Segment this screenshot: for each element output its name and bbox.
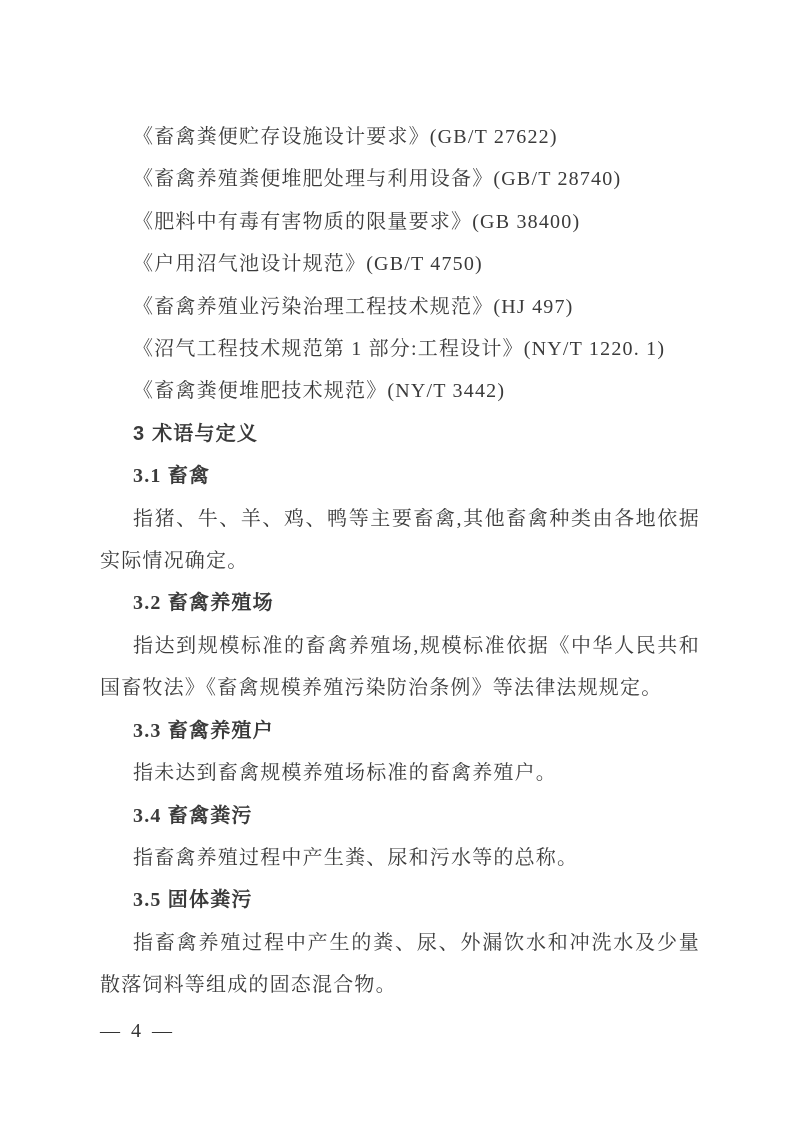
reference-line-2: 《畜禽养殖粪便堆肥处理与利用设备》(GB/T 28740) (100, 158, 700, 200)
term-definition-3-2: 指达到规模标准的畜禽养殖场,规模标准依据《中华人民共和国畜牧法》《畜禽规模养殖污… (100, 625, 700, 710)
reference-line-5: 《畜禽养殖业污染治理工程技术规范》(HJ 497) (100, 286, 700, 328)
term-definition-3-5: 指畜禽养殖过程中产生的粪、尿、外漏饮水和冲洗水及少量散落饲料等组成的固态混合物。 (100, 922, 700, 1007)
term-heading-3-5: 3.5 固体粪污 (100, 879, 700, 921)
document-page: 《畜禽粪便贮存设施设计要求》(GB/T 27622) 《畜禽养殖粪便堆肥处理与利… (0, 0, 800, 1128)
term-heading-3-3: 3.3 畜禽养殖户 (100, 710, 700, 752)
reference-line-3: 《肥料中有毒有害物质的限量要求》(GB 38400) (100, 201, 700, 243)
reference-line-4: 《户用沼气池设计规范》(GB/T 4750) (100, 243, 700, 285)
term-definition-3-1: 指猪、牛、羊、鸡、鸭等主要畜禽,其他畜禽种类由各地依据实际情况确定。 (100, 498, 700, 583)
term-definition-3-3: 指未达到畜禽规模养殖场标准的畜禽养殖户。 (100, 752, 700, 794)
reference-line-6: 《沼气工程技术规范第 1 部分:工程设计》(NY/T 1220. 1) (100, 328, 700, 370)
term-heading-3-1: 3.1 畜禽 (100, 455, 700, 497)
chapter-heading-terms-and-definitions: 3 术语与定义 (100, 413, 700, 455)
term-definition-3-4: 指畜禽养殖过程中产生粪、尿和污水等的总称。 (100, 837, 700, 879)
reference-line-1: 《畜禽粪便贮存设施设计要求》(GB/T 27622) (100, 116, 700, 158)
reference-line-7: 《畜禽粪便堆肥技术规范》(NY/T 3442) (100, 370, 700, 412)
page-number: — 4 — (100, 1010, 175, 1052)
page-content: 《畜禽粪便贮存设施设计要求》(GB/T 27622) 《畜禽养殖粪便堆肥处理与利… (100, 0, 700, 1007)
term-heading-3-2: 3.2 畜禽养殖场 (100, 582, 700, 624)
term-heading-3-4: 3.4 畜禽粪污 (100, 795, 700, 837)
